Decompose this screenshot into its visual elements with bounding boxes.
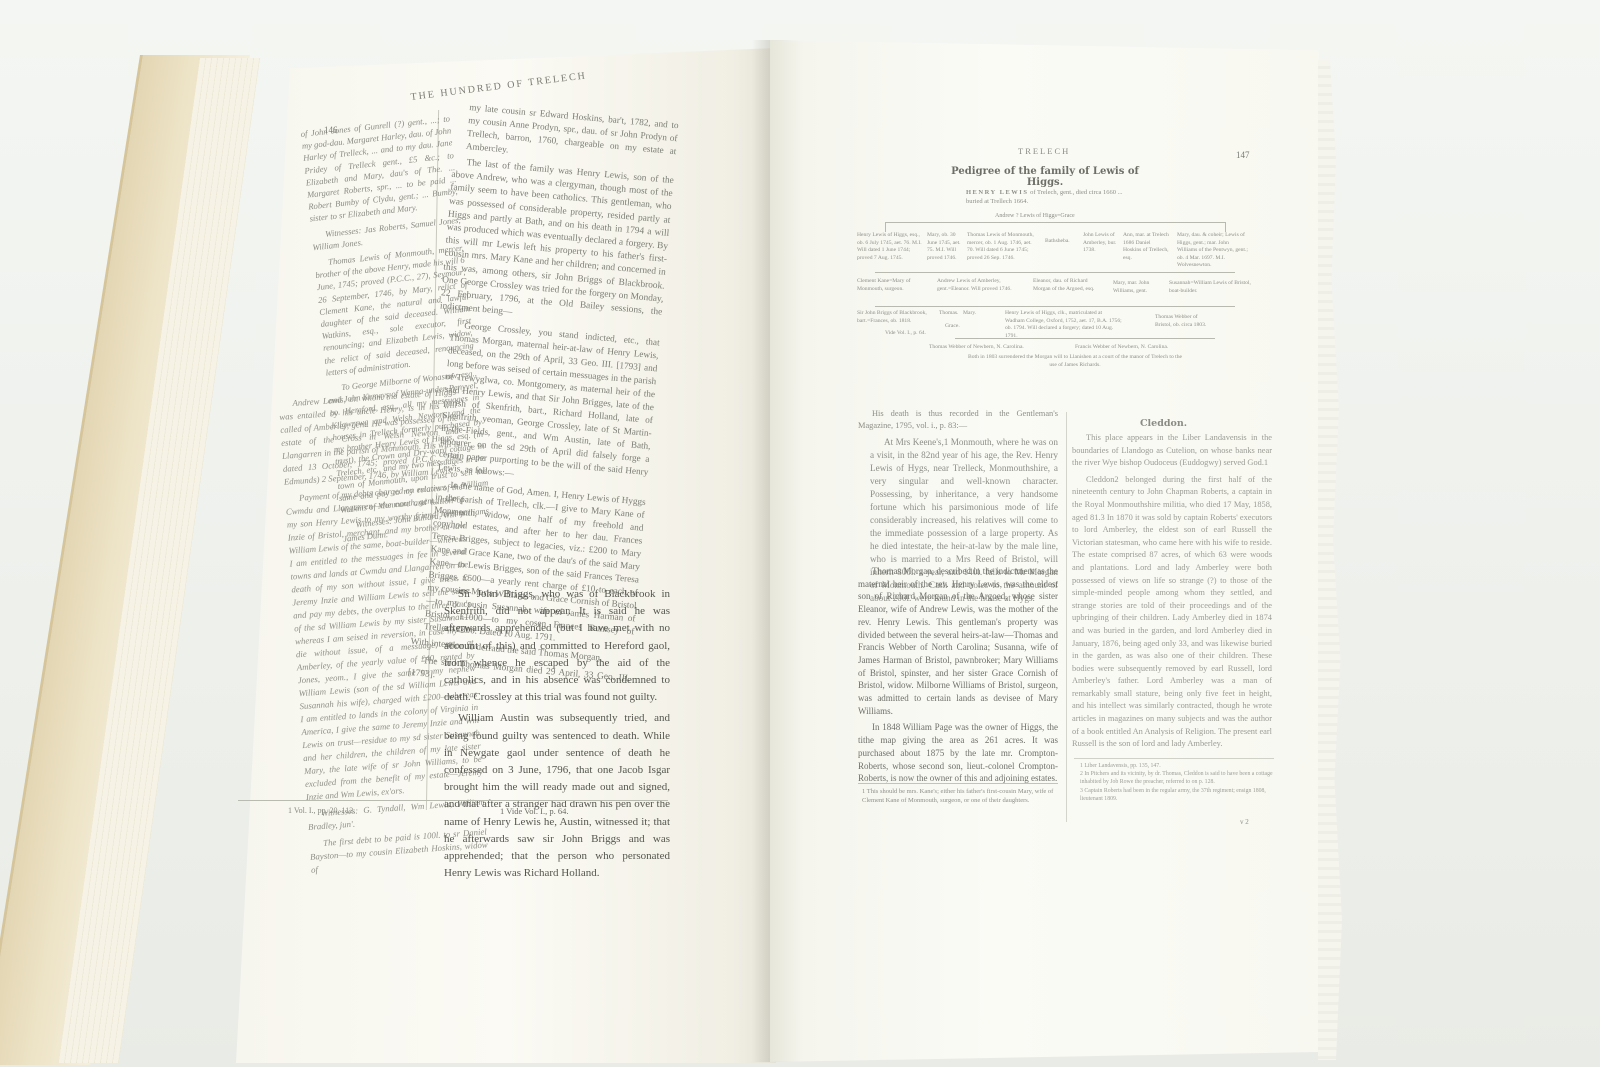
footnote: 1 Liber Landavensis, pp. 135, 147. bbox=[1080, 762, 1280, 770]
pedigree-node: Bathsheba. bbox=[1045, 238, 1073, 246]
pedigree-node: Grace. bbox=[945, 323, 965, 331]
open-book-photo: The Hundred of Trelech 146 of John Jones… bbox=[0, 0, 1600, 1067]
left-column-d: Sir John Briggs, who was of Blackbrook i… bbox=[444, 586, 670, 886]
tree-line bbox=[885, 222, 1225, 223]
paragraph: Thomas Morgan, described in the indictme… bbox=[858, 565, 1058, 717]
right-page-number: 147 bbox=[1236, 150, 1250, 160]
pedigree-subheading: Andrew ? Lewis of Higgs=Grace bbox=[995, 213, 1075, 219]
tree-line bbox=[875, 272, 1235, 273]
paragraph: The last of the family was Henry Lewis, … bbox=[439, 156, 674, 333]
tree-line bbox=[955, 338, 1215, 339]
right-column-c: This place appears in the Liber Landaven… bbox=[1072, 432, 1272, 755]
footnotes-cleddon: 1 Liber Landavensis, pp. 135, 147. 2 In … bbox=[1080, 762, 1280, 803]
pedigree-node: Thomas Webber of Bristol, ob. circa 1803… bbox=[1155, 314, 1215, 329]
deckle-edge bbox=[1318, 60, 1348, 1060]
right-column-divider bbox=[1066, 412, 1067, 822]
footnote-rule bbox=[1074, 758, 1274, 759]
footnote: 1 Vol. I., pp. 20, 112. bbox=[288, 806, 355, 815]
pedigree-node: Susannah=William Lewis of Bristol, boat-… bbox=[1169, 280, 1251, 295]
tree-line bbox=[875, 306, 1235, 307]
pedigree-node: Mary, dau. & coheir; Lewis of Higgs, gen… bbox=[1177, 232, 1249, 270]
pedigree-node: Sir John Briggs of Blackbrook, bart.=Fra… bbox=[857, 310, 929, 325]
pedigree-node: Henry Lewis of Higgs, esq., ob. 6 July 1… bbox=[857, 232, 923, 262]
section-title-cleddon: Cleddon. bbox=[1140, 418, 1187, 429]
pedigree-root: HENRY LEWIS of Trelech, gent., died circ… bbox=[966, 188, 1126, 206]
pedigree-node: Thomas Webber of Newbern, N. Carolina. bbox=[929, 344, 1059, 352]
pedigree-node: Mary, ob. 30 June 1745, aet. 75. M.I. Wi… bbox=[927, 232, 963, 262]
right-column-b: Thomas Morgan, described in the indictme… bbox=[858, 565, 1058, 789]
pedigree-node: Ann, mar. at Trelech 1686 Daniel Hoskins… bbox=[1123, 232, 1169, 262]
pedigree-node: Eleanor, dau. of Richard Morgan of the A… bbox=[1033, 278, 1101, 293]
paragraph: In 1848 William Page was the owner of Hi… bbox=[858, 721, 1058, 785]
footnote: 3 Captain Roberts had been in the regula… bbox=[1080, 787, 1280, 803]
pedigree-node: John Lewis of Amberley, bur. 1738. bbox=[1083, 232, 1117, 255]
pedigree-node: Andrew Lewis of Amberley, gent.=Eleanor.… bbox=[937, 278, 1027, 293]
footnote: 2 In Pitchers and its vicinity, by dr. T… bbox=[1080, 770, 1280, 786]
footnote: 1 Vide Vol. I., p. 64. bbox=[500, 806, 568, 816]
paragraph: This place appears in the Liber Landaven… bbox=[1072, 432, 1272, 470]
pedigree-node: Mary. bbox=[963, 310, 981, 318]
pedigree-root-name: HENRY LEWIS bbox=[966, 189, 1028, 196]
footnote-rule bbox=[858, 783, 1058, 784]
pedigree-node: Mary, mar. John Williams, gent. bbox=[1113, 280, 1163, 295]
footnote-rule bbox=[238, 800, 668, 801]
paragraph: Sir John Briggs, who was of Blackbrook i… bbox=[444, 586, 670, 706]
paragraph: of John Jones of Gunrell (?) gent., ...;… bbox=[300, 112, 459, 225]
pedigree-node: Thomas. bbox=[939, 310, 957, 318]
right-running-head: Trelech bbox=[1018, 146, 1070, 156]
paragraph: Andrew Lewis, on whom the estate of Higg… bbox=[278, 386, 462, 489]
pedigree-tree: Henry Lewis of Higgs, esq., ob. 6 July 1… bbox=[855, 220, 1255, 370]
paragraph: His death is thus recorded in the Gentle… bbox=[858, 408, 1058, 432]
paragraph: William Austin was subsequently tried, a… bbox=[444, 710, 670, 882]
pedigree-node: Thomas Lewis of Monmouth, mercer, ob. 1 … bbox=[967, 232, 1039, 262]
pedigree-node: Clement Kane=Mary of Monmouth, surgeon. bbox=[857, 278, 917, 293]
pedigree-node: Both in 1803 surrendered the Morgan will… bbox=[965, 354, 1185, 369]
paragraph: Cleddon2 belonged during the first half … bbox=[1072, 474, 1272, 751]
tree-line bbox=[885, 222, 886, 232]
footnote: 1 This should be mrs. Kane's; either his… bbox=[862, 788, 1062, 805]
pedigree-node: Vide Vol. I., p. 64. bbox=[885, 330, 945, 338]
tree-line bbox=[1225, 222, 1226, 232]
signature-mark: v 2 bbox=[1240, 818, 1249, 826]
pedigree-node: Henry Lewis of Higgs, clk., matriculated… bbox=[1005, 310, 1123, 340]
pedigree-node: Francis Webber of Newbern, N. Carolina. bbox=[1075, 344, 1205, 352]
pedigree-title: Pedigree of the family of Lewis of Higgs… bbox=[935, 166, 1155, 188]
